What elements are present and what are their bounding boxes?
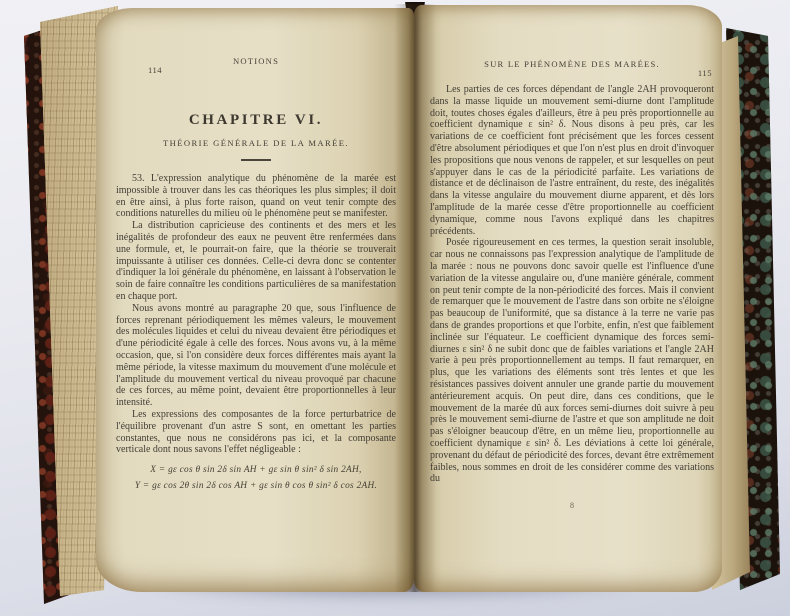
- right-page-header: SUR LE PHÉNOMÈNE DES MARÉES. 115: [430, 59, 714, 71]
- paragraph: Les parties de ces forces dépendant de l…: [430, 84, 714, 237]
- paragraph: Nous avons montré au paragraphe 20 que, …: [116, 303, 396, 409]
- photo-background: 114 NOTIONS CHAPITRE VI. THÉORIE GÉNÉRAL…: [0, 0, 790, 616]
- chapter-subtitle: THÉORIE GÉNÉRALE DE LA MARÉE.: [116, 138, 396, 148]
- signature-mark: 8: [430, 500, 714, 512]
- left-page-text: 114 NOTIONS CHAPITRE VI. THÉORIE GÉNÉRAL…: [116, 56, 396, 493]
- paragraph: Posée rigoureusement en ces termes, la q…: [430, 237, 714, 485]
- right-running-head: SUR LE PHÉNOMÈNE DES MARÉES.: [430, 59, 714, 69]
- left-page-body: 53. L'expression analytique du phénomène…: [116, 173, 396, 493]
- paragraph: 53. L'expression analytique du phénomène…: [116, 173, 396, 220]
- chapter-title: CHAPITRE VI.: [116, 112, 396, 129]
- paragraph: La distribution capricieuse des continen…: [116, 220, 396, 303]
- left-page-header: 114 NOTIONS: [116, 56, 396, 68]
- right-page-body: Les parties de ces forces dépendant de l…: [430, 84, 714, 512]
- left-page-number: 114: [148, 65, 162, 75]
- right-page-text: SUR LE PHÉNOMÈNE DES MARÉES. 115 Les par…: [430, 59, 714, 512]
- paragraph: Les expressions des composantes de la fo…: [116, 409, 396, 456]
- formula-y: Y = gε cos 2θ sin 2δ cos AH + gε sin θ c…: [116, 481, 396, 493]
- right-page-number: 115: [698, 68, 712, 78]
- left-page: 114 NOTIONS CHAPITRE VI. THÉORIE GÉNÉRAL…: [96, 8, 414, 592]
- chapter-heading: CHAPITRE VI. THÉORIE GÉNÉRALE DE LA MARÉ…: [116, 112, 396, 161]
- right-page: SUR LE PHÉNOMÈNE DES MARÉES. 115 Les par…: [414, 5, 722, 592]
- formula-x: X = gε cos θ sin 2δ sin AH + gε sin θ si…: [116, 465, 396, 477]
- chapter-rule: [241, 159, 271, 161]
